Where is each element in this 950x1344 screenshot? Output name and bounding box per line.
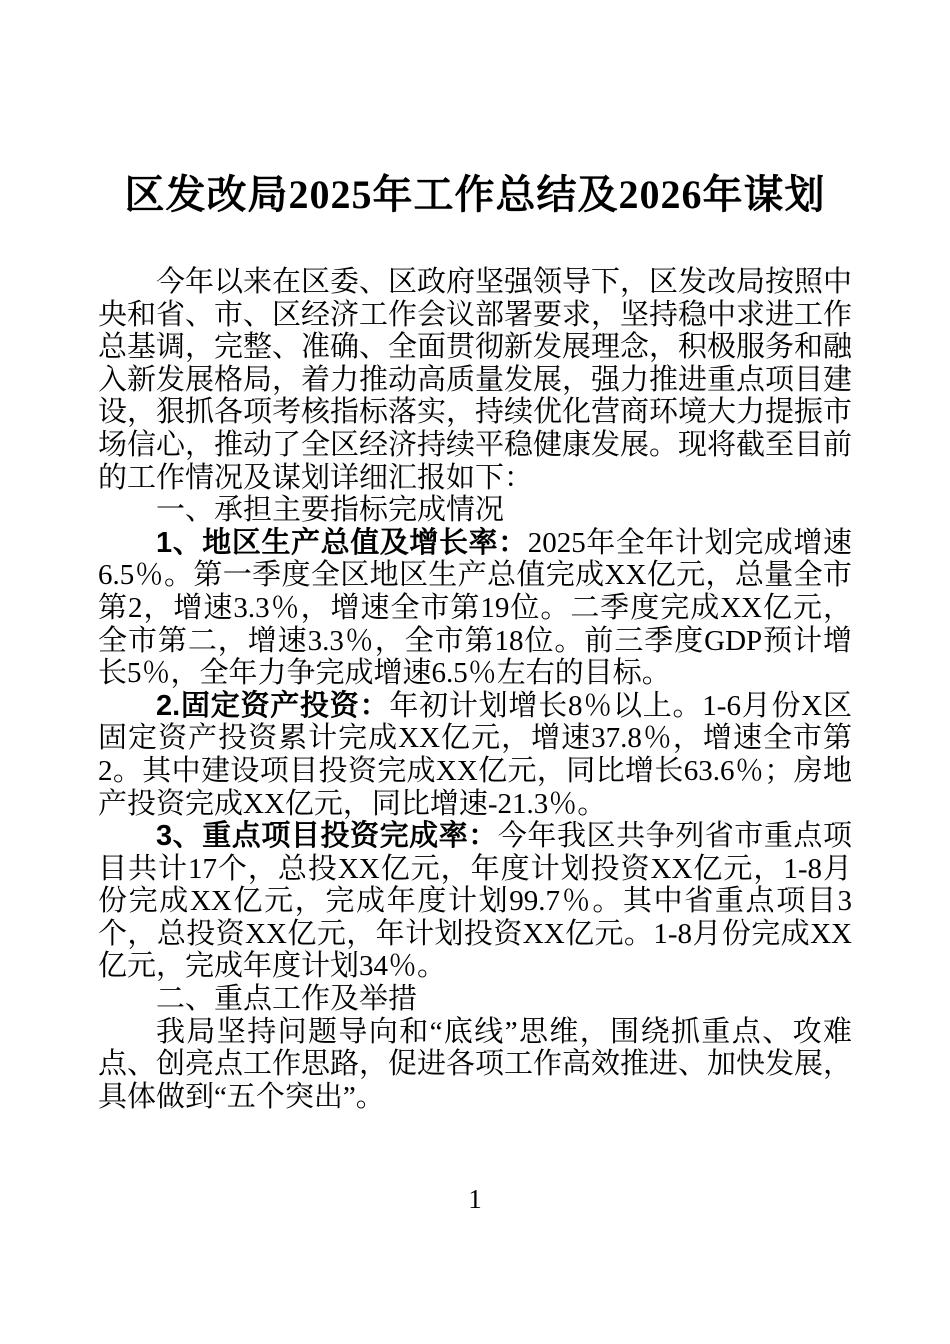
- document-page: 区发改局2025年工作总结及2026年谋划 今年以来在区委、区政府坚强领导下，区…: [0, 0, 950, 1344]
- section-2-paragraph: 我局坚持问题导向和“底线”思维，围绕抓重点、攻难点、创亮点工作思路，促进各项工作…: [98, 1016, 852, 1114]
- intro-paragraph: 今年以来在区委、区政府坚强领导下，区发改局按照中央和省、市、区经济工作会议部署要…: [98, 266, 852, 494]
- item-3-paragraph: 3、重点项目投资完成率：今年我区共争列省市重点项目共计17个，总投XX亿元，年度…: [98, 820, 852, 983]
- item-2-lead: 2.固定资产投资：: [156, 690, 389, 722]
- page-number: 1: [0, 1184, 950, 1215]
- section-1-heading: 一、承担主要指标完成情况: [98, 494, 852, 527]
- section-2-heading: 二、重点工作及举措: [98, 983, 852, 1016]
- document-body: 今年以来在区委、区政府坚强领导下，区发改局按照中央和省、市、区经济工作会议部署要…: [98, 266, 852, 1113]
- item-1-paragraph: 1、地区生产总值及增长率：2025年全年计划完成增速6.5％。第一季度全区地区生…: [98, 527, 852, 690]
- item-3-lead: 3、重点项目投资完成率：: [156, 820, 498, 852]
- item-2-paragraph: 2.固定资产投资：年初计划增长8％以上。1-6月份X区固定资产投资累计完成XX亿…: [98, 690, 852, 820]
- item-1-lead: 1、地区生产总值及增长率：: [156, 527, 528, 559]
- document-title: 区发改局2025年工作总结及2026年谋划: [0, 163, 950, 220]
